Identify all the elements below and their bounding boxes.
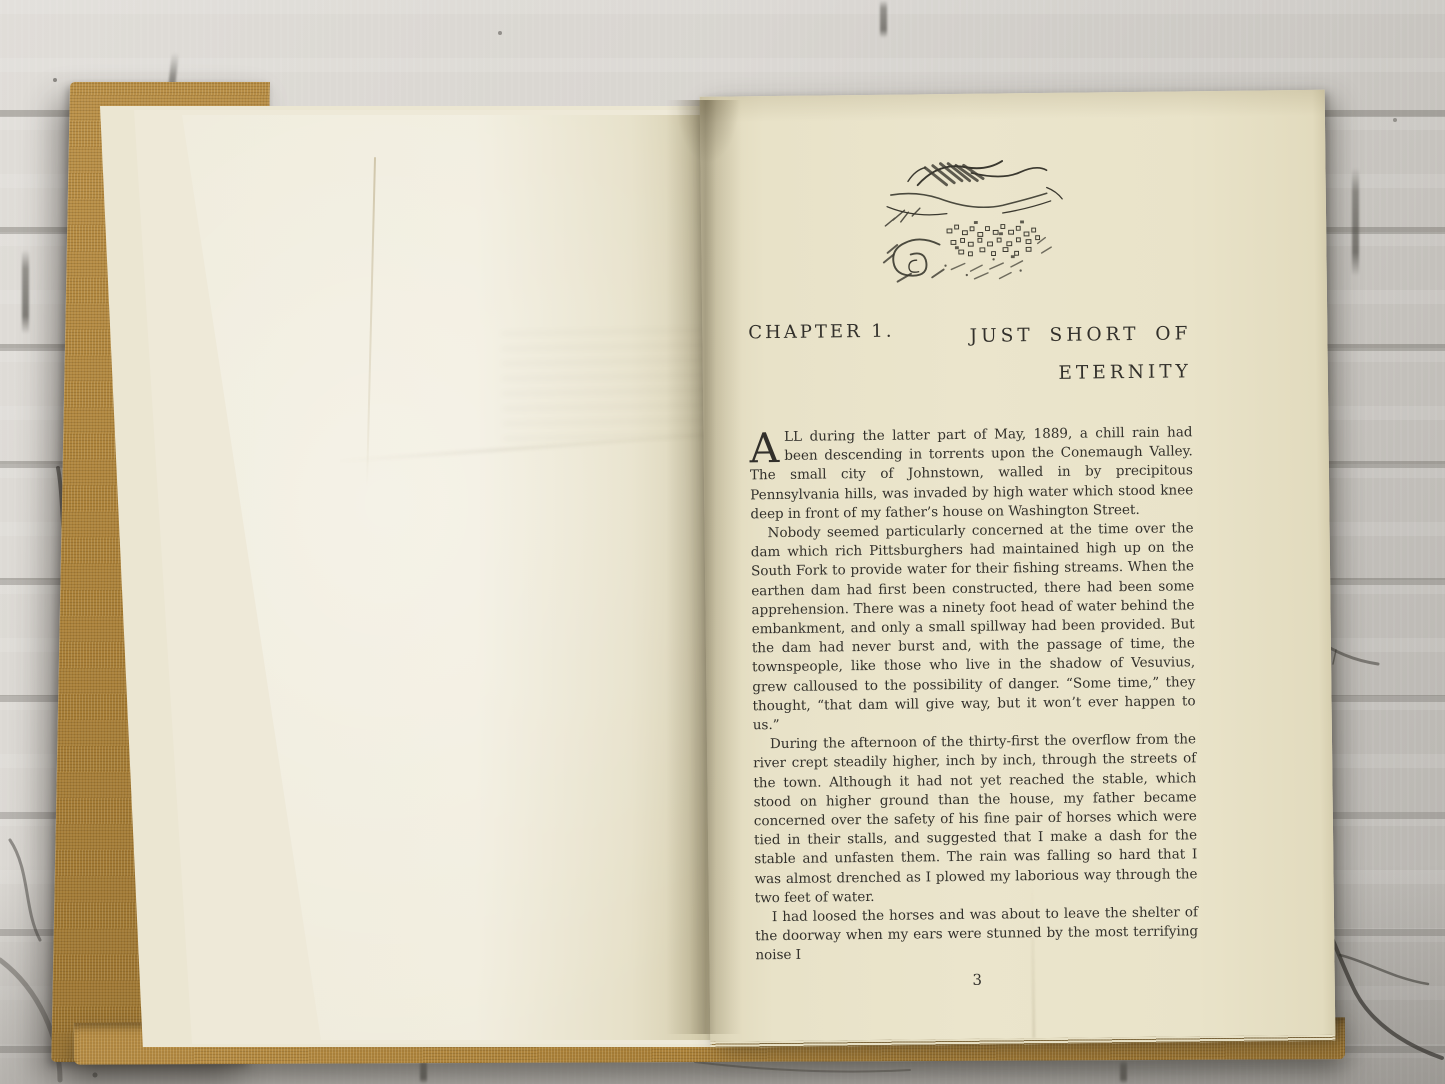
- open-book: CHAPTER 1. JUST SHORT OF ETERNITY ALL du…: [70, 82, 1345, 1062]
- paragraph: Nobody seemed particularly concerned at …: [751, 519, 1196, 735]
- right-page: CHAPTER 1. JUST SHORT OF ETERNITY ALL du…: [700, 90, 1336, 1042]
- paragraph-text: LL during the latter part of May, 1889, …: [750, 424, 1193, 522]
- brick-mortar-joint: [1352, 168, 1359, 276]
- brick-mortar-joint: [22, 250, 29, 334]
- paragraph: I had loosed the horses and was about to…: [755, 903, 1199, 966]
- page-text: ALL during the latter part of May, 1889,…: [749, 423, 1198, 966]
- paragraph: ALL during the latter part of May, 1889,…: [749, 423, 1193, 524]
- brick-mortar-joint: [880, 0, 887, 38]
- chapter-title-line2: ETERNITY: [1058, 361, 1192, 384]
- paragraph: During the afternoon of the thirty-first…: [753, 731, 1198, 909]
- page-number: 3: [756, 968, 1199, 991]
- brick-mortar-joint: [1120, 1060, 1127, 1084]
- chapter-illustration flood-sketch-image: [857, 151, 1081, 308]
- chapter-number: CHAPTER 1.: [748, 319, 895, 397]
- chapter-title-line1: JUST SHORT OF: [970, 323, 1192, 347]
- drop-cap: A: [749, 428, 784, 465]
- right-page-content: CHAPTER 1. JUST SHORT OF ETERNITY ALL du…: [700, 90, 1335, 992]
- chapter-title: JUST SHORT OF ETERNITY: [969, 315, 1192, 394]
- chapter-heading: CHAPTER 1. JUST SHORT OF ETERNITY: [748, 315, 1192, 396]
